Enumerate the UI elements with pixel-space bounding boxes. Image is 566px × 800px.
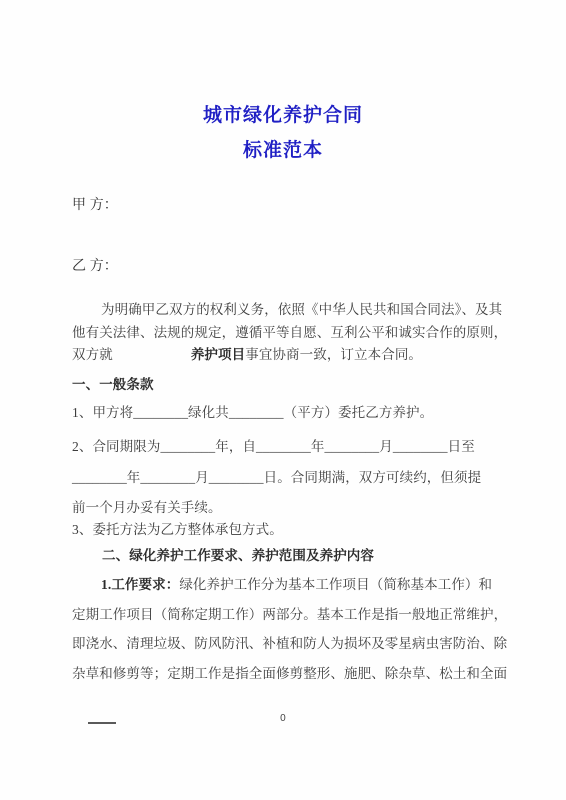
clause-3: 3、委托方法为乙方整体承包方式。 [72, 518, 283, 538]
intro-line-3-post: 事宜协商一致，订立本合同。 [245, 347, 422, 362]
document-title: 城市绿化养护合同 [0, 100, 566, 127]
work-req-line-3: 即浇水、清理垃圾、防风防汛、补植和防人为损坏及零星病虫害防治、除 [72, 629, 504, 659]
party-a-label: 甲 方： [72, 194, 118, 214]
intro-line-3-pre: 双方就 [72, 347, 113, 362]
work-req-line-2: 定期工作项目（简称定期工作）两部分。基本工作是指一般地正常维护， [72, 600, 504, 630]
intro-paragraph: 为明确甲乙双方的权利义务，依照《中华人民共和国合同法》、及其 他有关法律、法规的… [72, 299, 504, 367]
work-req-line-1-rest: 绿化养护工作分为基本工作项目（简称基本工作）和 [179, 577, 492, 592]
section-2-heading: 二、绿化养护工作要求、养护范围及养护内容 [102, 544, 374, 564]
party-b-label: 乙 方： [72, 255, 118, 275]
intro-line-2: 他有关法律、法规的规定，遵循平等自愿、互利公平和诚实合作的原则， [72, 322, 504, 345]
clause-2-line-1: 2、合同期限为________年，自________年________月____… [72, 432, 504, 463]
intro-line-3-bold: 养护项目 [191, 347, 245, 362]
intro-line-1: 为明确甲乙双方的权利义务，依照《中华人民共和国合同法》、及其 [72, 299, 504, 322]
page-number: 0 [0, 713, 566, 724]
section-1-heading: 一、一般条款 [72, 373, 154, 393]
work-req-line-4: 杂草和修剪等；定期工作是指全面修剪整形、施肥、除杂草、松土和全面 [72, 659, 504, 689]
clause-2-line-2: ________年________月________日。合同期满，双方可续约，但… [72, 463, 504, 494]
clause-1: 1、甲方将________绿化共________（平方）委托乙方养护。 [72, 401, 433, 421]
intro-line-3: 双方就养护项目事宜协商一致，订立本合同。 [72, 344, 504, 367]
work-req-line-1: 1.工作要求：绿化养护工作分为基本工作项目（简称基本工作）和 [72, 570, 504, 600]
work-requirements-paragraph: 1.工作要求：绿化养护工作分为基本工作项目（简称基本工作）和 定期工作项目（简称… [72, 570, 504, 688]
document-subtitle: 标准范本 [0, 135, 566, 162]
work-req-label: 1.工作要求： [101, 577, 179, 592]
clause-2: 2、合同期限为________年，自________年________月____… [72, 432, 504, 524]
contract-document-page: 城市绿化养护合同 标准范本 甲 方： 乙 方： 为明确甲乙双方的权利义务，依照《… [0, 0, 566, 800]
